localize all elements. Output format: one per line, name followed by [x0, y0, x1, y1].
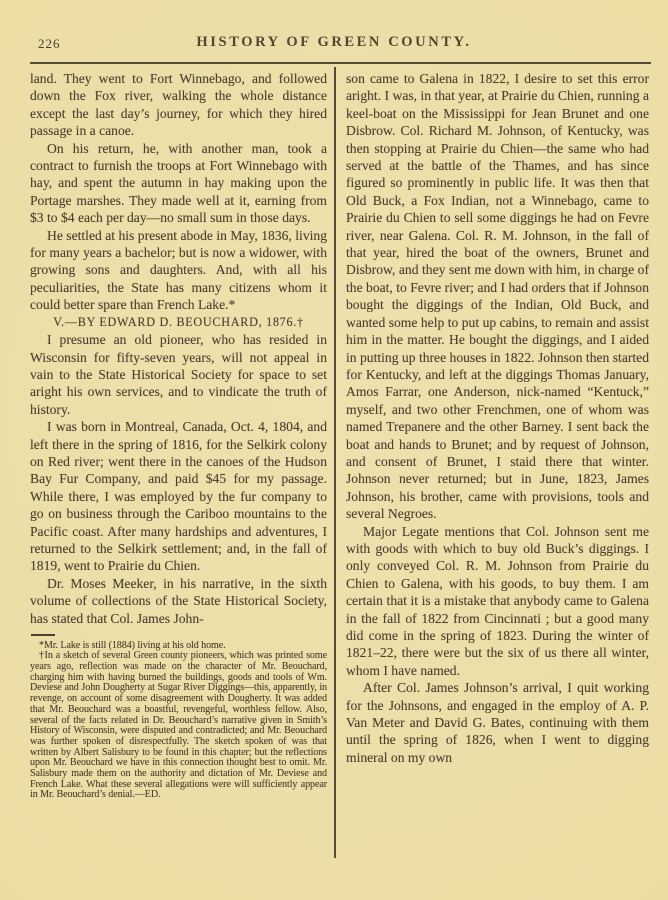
footnote-separator-rule	[31, 634, 55, 636]
left-column: land. They went to Fort Winnebago, and f…	[30, 70, 327, 801]
paragraph: Major Legate mentions that Col. Johnson …	[346, 523, 649, 680]
paragraph: On his return, he, with another man, too…	[30, 140, 327, 227]
paragraph: I was born in Montreal, Canada, Oct. 4, …	[30, 418, 327, 575]
page-title: HISTORY OF GREEN COUNTY.	[0, 34, 668, 51]
column-divider	[334, 67, 336, 858]
book-page: 226 HISTORY OF GREEN COUNTY. land. They …	[0, 0, 668, 900]
paragraph-continuation: land. They went to Fort Winnebago, and f…	[30, 70, 327, 140]
paragraph: I presume an old pioneer, who has reside…	[30, 331, 327, 418]
paragraph: Dr. Moses Meeker, in his narrative, in t…	[30, 575, 327, 627]
footnote-dagger: †In a sketch of several Green county pio…	[30, 651, 327, 801]
paragraph-continuation: son came to Galena in 1822, I desire to …	[346, 70, 649, 523]
header-rule	[30, 62, 651, 64]
right-column: son came to Galena in 1822, I desire to …	[346, 70, 649, 766]
paragraph: He settled at his present abode in May, …	[30, 227, 327, 314]
section-heading: V.—BY EDWARD D. BEOUCHARD, 1876.†	[30, 314, 327, 331]
paragraph: After Col. James Johnson’s arrival, I qu…	[346, 679, 649, 766]
